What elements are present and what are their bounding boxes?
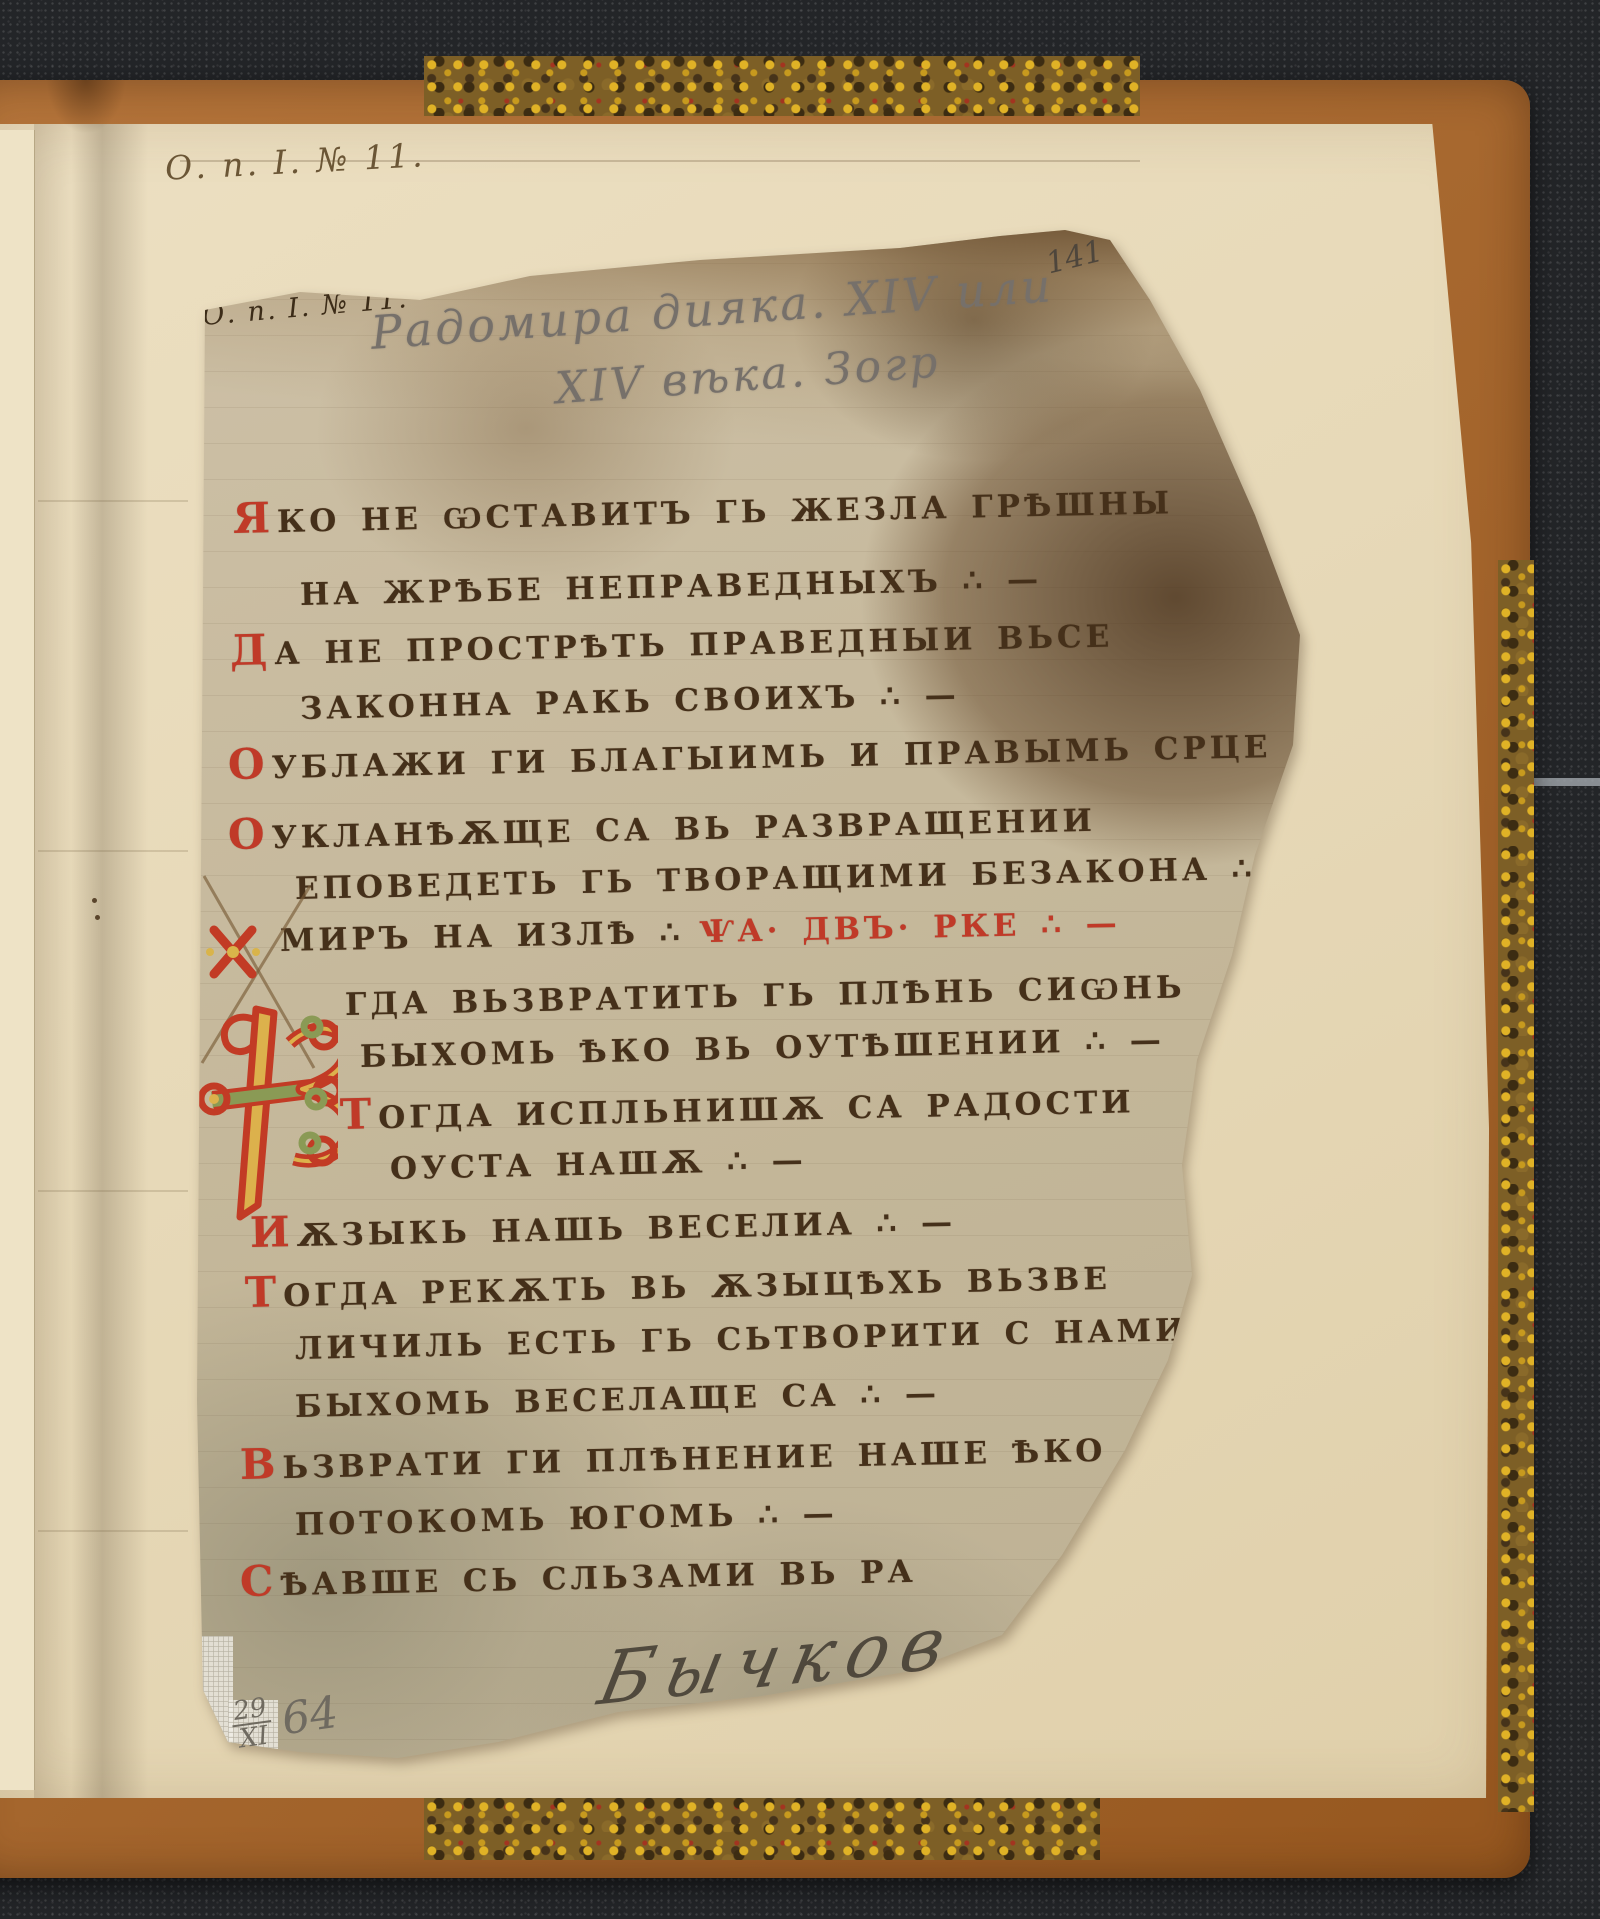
wormhole-dots	[92, 898, 97, 903]
manuscript-line: миръ на излѣ ∴ѱа· двъ· рке ∴ —	[280, 904, 1121, 960]
manuscript-line: быхомь ѣко вь оутѣшении ∴ —	[360, 1021, 1166, 1076]
pencil-attribution-line1: Радомира дияка. XIV или	[369, 258, 1055, 360]
page-fold-line	[38, 1530, 188, 1532]
manuscript-line: Сѣавше сь сльзами вь ра	[240, 1549, 917, 1605]
marbled-endpaper-bottom	[424, 1798, 1100, 1860]
manuscript-line-text: миръ на излѣ ∴	[280, 915, 684, 959]
rubric-initial: Я	[232, 493, 274, 543]
manuscript-line-text: огда испльнишѫ са радости	[378, 1084, 1135, 1136]
pencil-attribution-line2: XIV вѣка. Зогр	[554, 337, 942, 415]
psalm-rubric: ѱа· двъ· рке ∴ —	[699, 905, 1121, 950]
manuscript-line-text: гда вьзвратить гь плѣнь сиѡнь	[345, 969, 1186, 1023]
ornamental-initial-icon	[198, 991, 338, 1237]
manuscript-line: Тогда испльнишѫ са радости	[340, 1079, 1135, 1138]
manuscript-line-text: быхомь веселаще са ∴ —	[295, 1375, 941, 1425]
manuscript-line-text: ѫзыкь нашь веселиа ∴ —	[296, 1204, 956, 1254]
manuscript-line: потокомь югомь ∴ —	[295, 1495, 838, 1544]
parchment-fragment: О. п. I. № 11. 141 Радомира дияка. XIV и…	[190, 228, 1310, 1768]
manuscript-line-text: еповедеть гь творащими безакона ∴	[295, 851, 1256, 907]
manuscript-line-text: законна ракь своихъ ∴ —	[300, 677, 960, 727]
manuscript-line: Иѫзыкь нашь веселиа ∴ —	[250, 1199, 957, 1256]
background-seam-line	[1532, 778, 1600, 786]
page-fold-line	[38, 850, 188, 852]
manuscript-line: быхомь веселаще са ∴ —	[295, 1374, 941, 1425]
manuscript-line-text: а не прострѣть праведныи вьсе	[274, 619, 1114, 673]
manuscript-line-text: быхомь ѣко вь оутѣшении ∴ —	[360, 1022, 1166, 1075]
manuscript-line-text: потокомь югомь ∴ —	[295, 1496, 838, 1543]
manuscript-line-text: ьзврати ги плѣнение наше ѣко	[282, 1433, 1107, 1486]
manuscript-line-text: укланѣѫще са вь развращении	[271, 803, 1096, 856]
photo-backdrop: О. п. I. № 11. О. п. I. № 11. 141 Радоми…	[0, 0, 1600, 1919]
manuscript-line-text: личиль есть гь сьтворити с нами	[295, 1312, 1189, 1367]
manuscript-line-text: ко не ѡставитъ гь жезла грѣшны	[277, 485, 1174, 540]
page-edge-strip	[0, 130, 35, 1790]
marbled-endpaper-right	[1498, 560, 1534, 1812]
manuscript-line-text: огда рекѫть вь ѫзыцѣхь вьзве	[283, 1261, 1111, 1314]
manuscript-line: Яко не ѡставитъ гь жезла грѣшны	[233, 480, 1174, 542]
manuscript-line: гда вьзвратить гь плѣнь сиѡнь	[345, 968, 1186, 1024]
manuscript-line: Оублажи ги благыимь и правымь срце ∴	[228, 723, 1317, 788]
accession-fraction: 29 XI	[229, 1694, 275, 1753]
rubric-initial: Д	[229, 625, 271, 675]
manuscript-line: на жрѣбе неправедныхъ ∴ —	[300, 560, 1043, 614]
manuscript-line: Да не прострѣть праведныи вьсе	[230, 614, 1114, 674]
rubric-initial: С	[239, 1556, 277, 1606]
rubric-initial: О	[227, 739, 269, 789]
page-fold-line	[38, 1190, 188, 1192]
manuscript-line-text: ѣавше сь сльзами вь ра	[280, 1554, 917, 1603]
marbled-endpaper-top	[424, 56, 1140, 116]
manuscript-line: личиль есть гь сьтворити с нами	[295, 1311, 1189, 1368]
manuscript-line: еповедеть гь творащими безакона ∴	[295, 850, 1256, 908]
manuscript-line: законна ракь своихъ ∴ —	[300, 676, 960, 728]
manuscript-line-text: на жрѣбе неправедныхъ ∴ —	[300, 561, 1043, 613]
parchment-surface: О. п. I. № 11. 141 Радомира дияка. XIV и…	[190, 228, 1310, 1768]
manuscript-line: Вьзврати ги плѣнение наше ѣко	[240, 1428, 1107, 1488]
page-gutter-shadow	[34, 124, 158, 1798]
rubric-initial: Т	[244, 1267, 280, 1317]
accession-denominator: XI	[233, 1722, 275, 1753]
manuscript-line-text: ублажи ги благыимь и правымь срце ∴	[271, 728, 1316, 786]
page-fold-line	[38, 500, 188, 502]
manuscript-line: Оукланѣѫще са вь развращении	[228, 798, 1097, 858]
manuscript-line: оуста нашѫ ∴ —	[390, 1141, 807, 1188]
gauze-patch	[193, 1636, 233, 1762]
rubric-initial: Т	[339, 1089, 375, 1139]
manuscript-line: Тогда рекѫть вь ѫзыцѣхь вьзве	[245, 1256, 1112, 1316]
rubric-initial: О	[227, 809, 269, 859]
manuscript-line-text: оуста нашѫ ∴ —	[390, 1142, 807, 1187]
rubric-initial: В	[239, 1439, 280, 1489]
accession-year: 64	[279, 1686, 342, 1744]
